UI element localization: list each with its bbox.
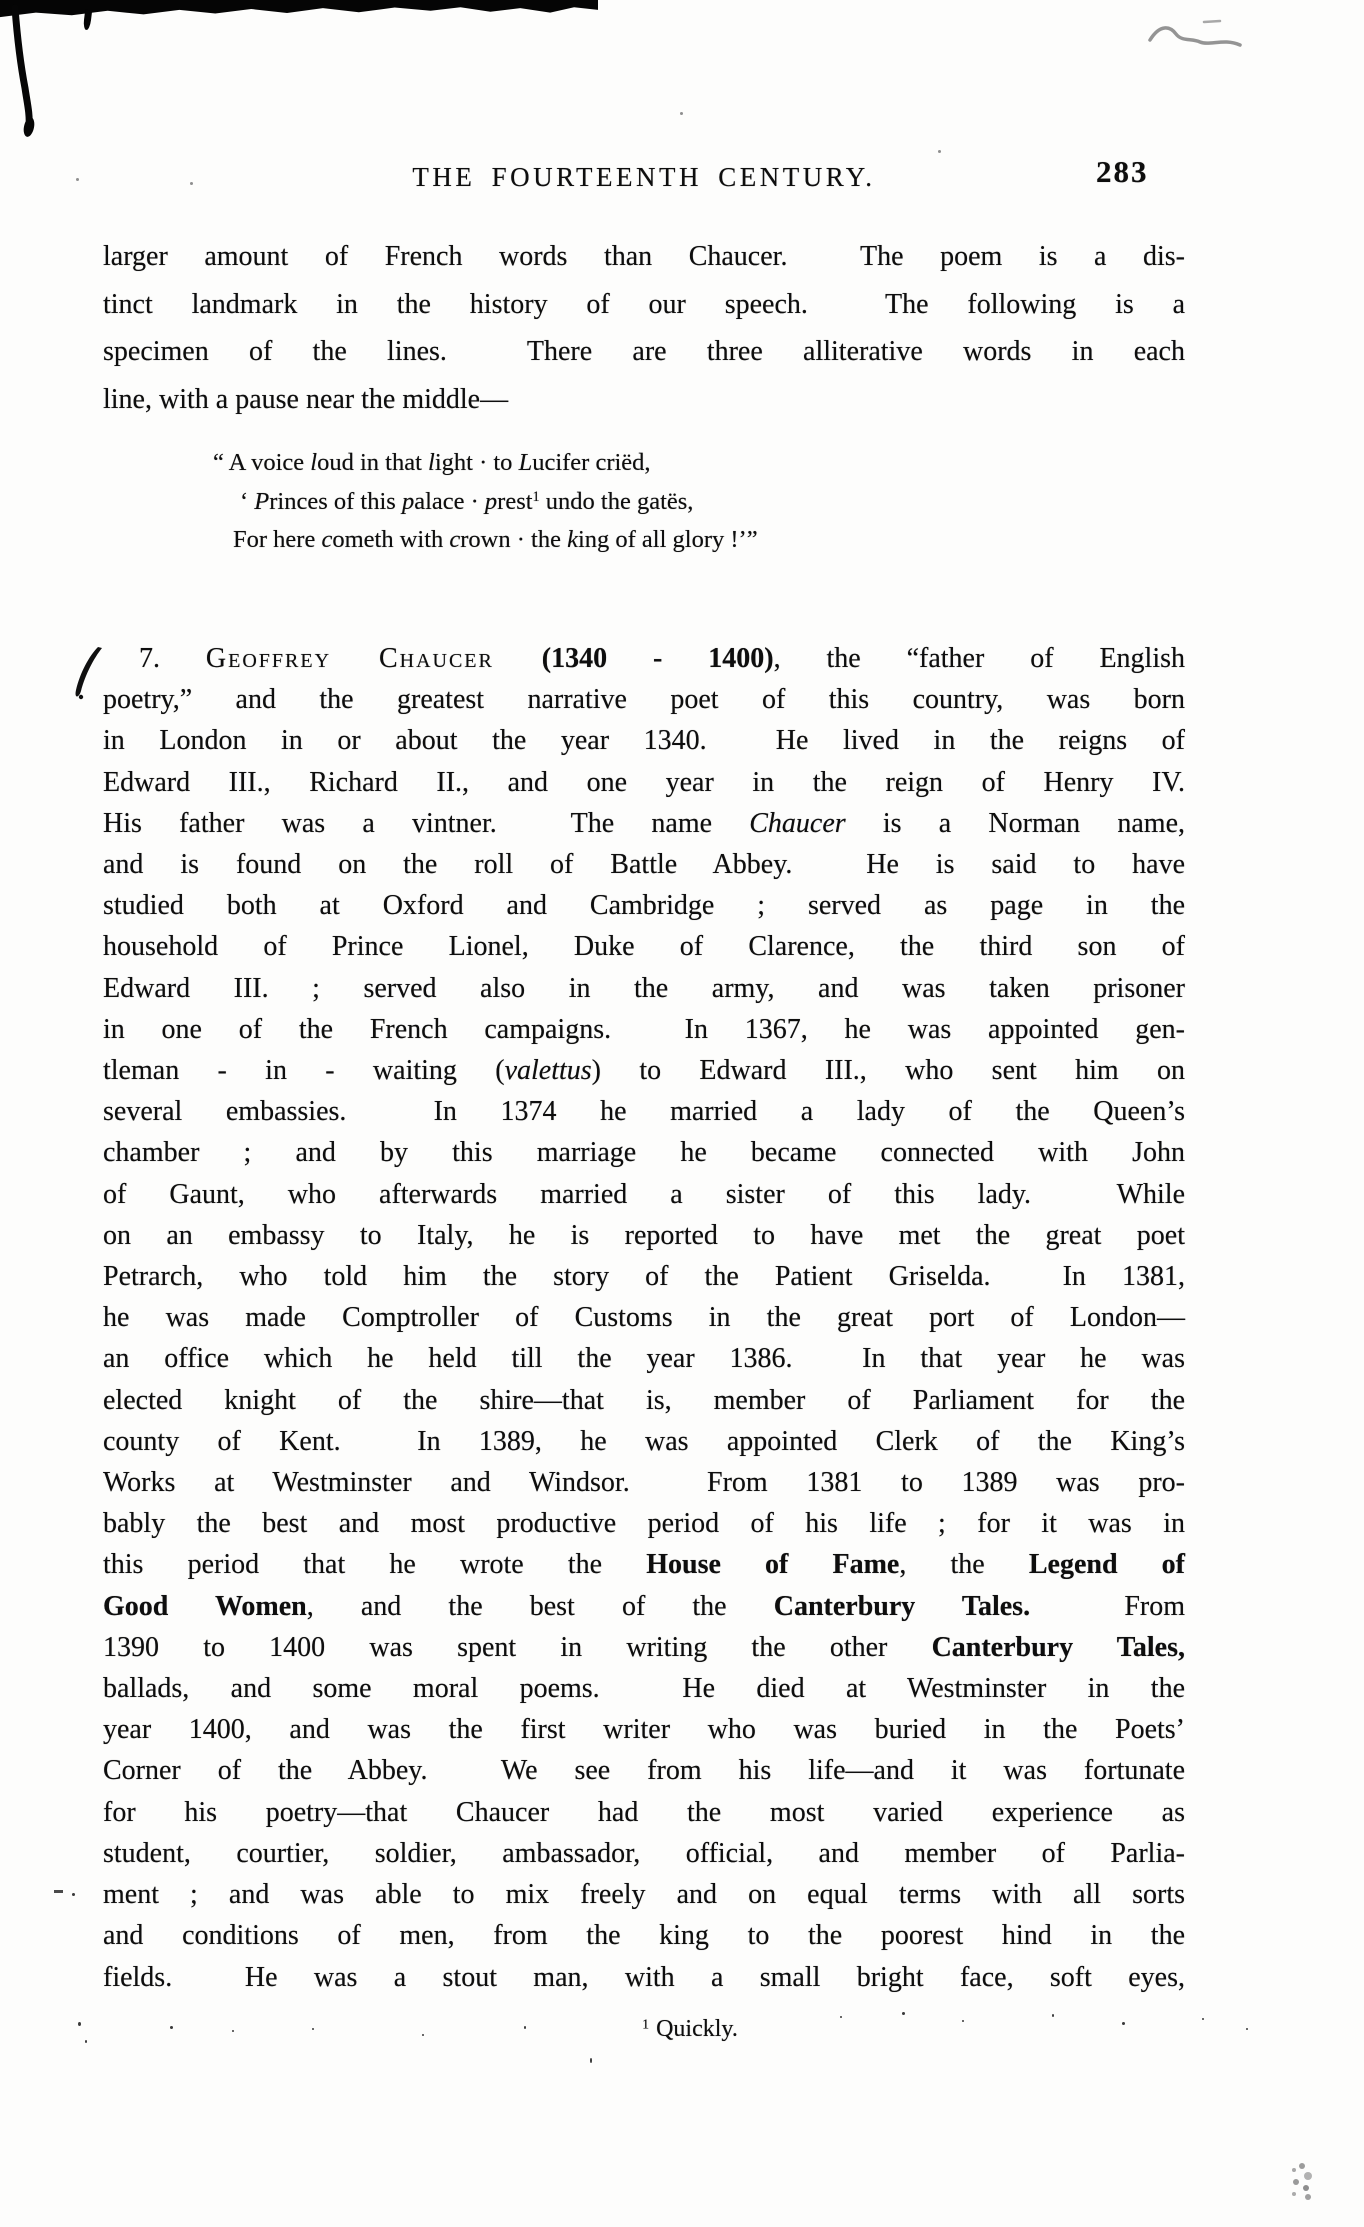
text-line: Works at Westminster and Windsor. From 1… [103,1462,1185,1503]
text-line: several embassies. In 1374 he married a … [103,1091,1185,1132]
scan-artifact-squiggle [1146,12,1250,58]
text-line: Good Women, and the best of the Canterbu… [103,1586,1185,1627]
speck [72,1893,75,1896]
text-line: specimen of the lines. There are three a… [103,328,1185,376]
text-line: Petrarch, who told him the story of the … [103,1256,1185,1297]
text-line: for his poetry—that Chaucer had the most… [103,1792,1185,1833]
book-page: THE FOURTEENTH CENTURY. 283 larger amoun… [0,0,1364,2227]
speck [85,2040,87,2043]
text-line: an office which he held till the year 13… [103,1338,1185,1379]
scan-artifact-pen-stroke [0,0,90,140]
text-line: For here cometh with crown · the king of… [233,521,973,560]
text-line: larger amount of French words than Chauc… [103,233,1185,281]
text-line: tleman - in - waiting (valettus) to Edwa… [103,1050,1185,1091]
text-line: elected knight of the shire—that is, mem… [103,1380,1185,1421]
text-line: fields. He was a stout man, with a small… [103,1957,1185,1998]
speck [590,2058,592,2063]
speck [902,2012,905,2015]
text-line: county of Kent. In 1389, he was appointe… [103,1421,1185,1462]
text-line: His father was a vintner. The name Chauc… [103,803,1185,844]
text-line: and conditions of men, from the king to … [103,1915,1185,1956]
text-line: household of Prince Lionel, Duke of Clar… [103,926,1185,967]
running-header: THE FOURTEENTH CENTURY. [103,162,1185,193]
text-line: this period that he wrote the House of F… [103,1544,1185,1585]
chaucer-section-paragraph: 7. Geoffrey Chaucer (1340 - 1400), the “… [103,638,1185,1998]
text-line: ‘ Princes of this palace · prest1 undo t… [240,483,973,522]
text-line: “ A voice loud in that light · to Lucife… [213,444,973,483]
text-line: 1390 to 1400 was spent in writing the ot… [103,1627,1185,1668]
speck [78,2022,81,2026]
footnote-marker: 1 [642,2017,649,2032]
speck [1246,2028,1248,2030]
text-line: studied both at Oxford and Cambridge ; s… [103,885,1185,926]
page-number: 283 [1096,154,1186,190]
text-line: and is found on the roll of Battle Abbey… [103,844,1185,885]
text-line: poetry,” and the greatest narrative poet… [103,679,1185,720]
text-line: line, with a pause near the middle— [103,376,1185,424]
speck [1202,2018,1204,2020]
text-line: chamber ; and by this marriage he became… [103,1132,1185,1173]
text-line: 7. Geoffrey Chaucer (1340 - 1400), the “… [103,638,1185,679]
text-line: year 1400, and was the first writer who … [103,1709,1185,1750]
footnote-text: Quickly. [656,2016,738,2042]
text-line: in one of the French campaigns. In 1367,… [103,1009,1185,1050]
text-line: he was made Comptroller of Customs in th… [103,1297,1185,1338]
footnote: 1Quickly. [103,2016,1185,2043]
text-line: tinct landmark in the history of our spe… [103,281,1185,329]
text-line: ment ; and was able to mix freely and on… [103,1874,1185,1915]
text-line: Edward III. ; served also in the army, a… [103,968,1185,1009]
verse-quote: “ A voice loud in that light · to Lucife… [213,444,973,560]
text-line: of Gaunt, who afterwards married a siste… [103,1174,1185,1215]
speck [76,178,79,181]
text-line: bably the best and most productive perio… [103,1503,1185,1544]
speck [54,1890,63,1893]
scan-artifact-smudge [1292,2168,1296,2172]
speck [680,112,683,115]
text-line: in London in or about the year 1340. He … [103,720,1185,761]
text-line: ballads, and some moral poems. He died a… [103,1668,1185,1709]
text-line: student, courtier, soldier, ambassador, … [103,1833,1185,1874]
text-line: Edward III., Richard II., and one year i… [103,762,1185,803]
text-line: Corner of the Abbey. We see from his lif… [103,1750,1185,1791]
intro-paragraph: larger amount of French words than Chauc… [103,233,1185,423]
speck [938,150,941,153]
text-line: on an embassy to Italy, he is reported t… [103,1215,1185,1256]
